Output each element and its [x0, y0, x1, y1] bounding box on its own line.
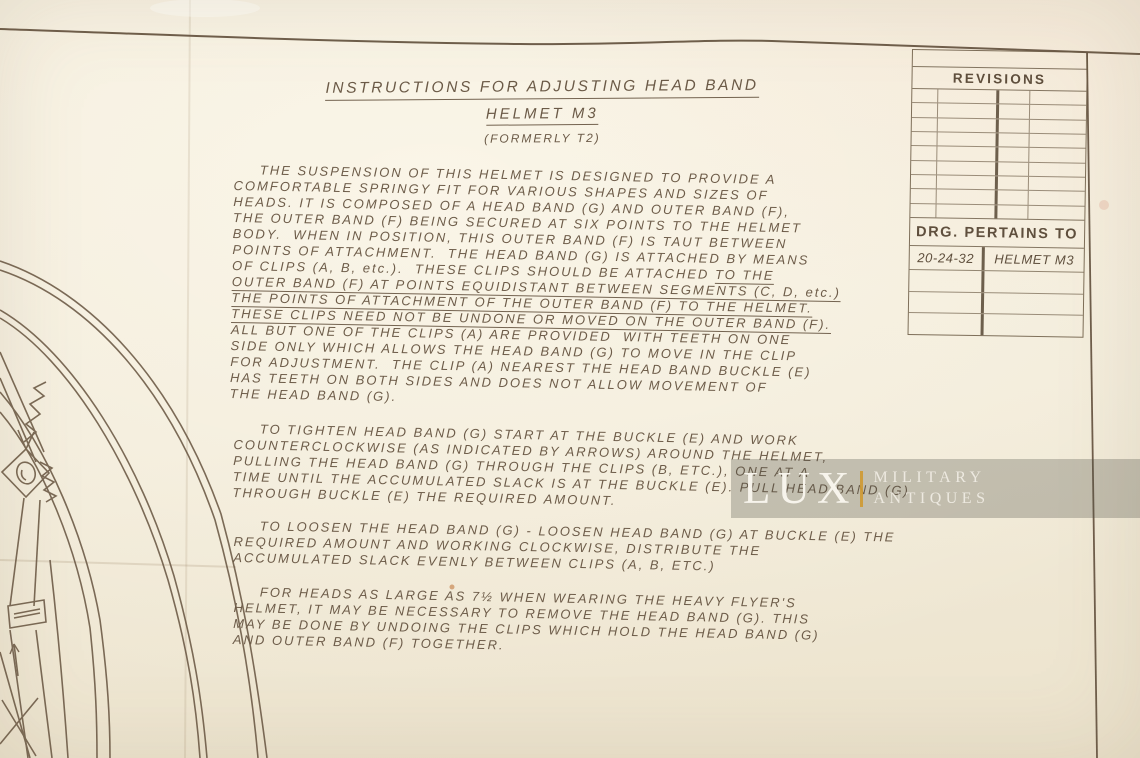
- watermark-word-1: MILITARY: [873, 469, 989, 487]
- empty-row: [909, 270, 1083, 294]
- drg-pertains-entry-row: 20-24-32 HELMET M3: [910, 246, 1084, 273]
- fold-crease-horizontal: [0, 560, 236, 567]
- empty-cell: [997, 205, 1028, 219]
- right-border-line: [1087, 52, 1097, 758]
- empty-row: [909, 292, 1083, 316]
- watermark-brand: LUX: [743, 466, 856, 511]
- revisions-header: REVISIONS: [912, 67, 1086, 92]
- empty-cell: [912, 89, 938, 103]
- empty-cell: [937, 190, 998, 204]
- empty-cell: [1028, 205, 1084, 219]
- empty-cell: [999, 90, 1030, 104]
- watermark: LUX MILITARY ANTIQUES: [731, 459, 1140, 518]
- buckle-detail: [8, 600, 46, 628]
- empty-cell: [984, 271, 1083, 293]
- empty-cell: [998, 162, 1029, 176]
- empty-cell: [1029, 134, 1085, 148]
- empty-cell: [984, 315, 1083, 337]
- empty-cell: [909, 292, 984, 314]
- empty-cell: [911, 132, 937, 146]
- paper-highlight: [150, 0, 260, 17]
- empty-cell: [910, 204, 936, 218]
- empty-cell: [938, 89, 999, 103]
- empty-cell: [1029, 148, 1085, 162]
- empty-cell: [998, 133, 1029, 147]
- item-name-cell: HELMET M3: [985, 247, 1084, 272]
- empty-cell: [1029, 191, 1085, 205]
- watermark-words: MILITARY ANTIQUES: [873, 469, 989, 508]
- empty-cell: [936, 204, 997, 218]
- watermark-word-2: ANTIQUES: [873, 490, 989, 508]
- empty-cell: [912, 103, 938, 117]
- paragraph-large-heads-note: FOR HEADS AS LARGE AS 7½ WHEN WEARING TH…: [233, 584, 821, 660]
- empty-cell: [999, 105, 1030, 119]
- empty-cell: [1030, 91, 1086, 105]
- empty-cell: [938, 104, 999, 118]
- empty-cell: [909, 313, 984, 335]
- empty-row: [910, 204, 1084, 220]
- empty-cell: [1030, 105, 1086, 119]
- empty-cell: [998, 191, 1029, 205]
- empty-cell: [911, 175, 937, 189]
- empty-cell: [937, 132, 998, 146]
- empty-cell: [1030, 120, 1086, 134]
- empty-cell: [1029, 162, 1085, 176]
- page-background: INSTRUCTIONS FOR ADJUSTING HEAD BAND HEL…: [0, 0, 1140, 758]
- empty-cell: [909, 270, 984, 292]
- empty-cell: [911, 146, 937, 160]
- fold-crease-vertical: [185, 0, 190, 758]
- empty-cell: [937, 147, 998, 161]
- document-title: INSTRUCTIONS FOR ADJUSTING HEAD BAND HEL…: [302, 77, 782, 147]
- helmet-diagram-drawing: [0, 261, 267, 758]
- empty-cell: [911, 189, 937, 203]
- title-line-2: HELMET M3: [302, 104, 782, 127]
- revisions-grid: [910, 89, 1086, 221]
- head-band-straps: [0, 352, 52, 758]
- title-line-1: INSTRUCTIONS FOR ADJUSTING HEAD BAND: [302, 77, 782, 101]
- empty-cell: [1029, 177, 1085, 191]
- watermark-divider: [860, 471, 863, 507]
- paragraph-suspension-description: THE SUSPENSION OF THIS HELMET IS DESIGNE…: [230, 162, 843, 413]
- empty-cell: [984, 293, 1083, 315]
- revisions-table: REVISIONS DRG. PERTAINS TO 20-24-32 HELM…: [908, 49, 1088, 338]
- empty-cell: [912, 118, 938, 132]
- empty-cell: [998, 148, 1029, 162]
- paper-smudge: [1099, 200, 1109, 210]
- drawing-number-cell: 20-24-32: [910, 246, 985, 270]
- drg-pertains-header: DRG. PERTAINS TO: [910, 218, 1084, 249]
- drg-pertains-empty-rows: [909, 270, 1084, 337]
- empty-cell: [911, 161, 937, 175]
- empty-cell: [998, 176, 1029, 190]
- empty-cell: [999, 119, 1030, 133]
- empty-cell: [938, 118, 999, 132]
- empty-row: [909, 313, 1083, 336]
- empty-cell: [937, 161, 998, 175]
- empty-cell: [937, 175, 998, 189]
